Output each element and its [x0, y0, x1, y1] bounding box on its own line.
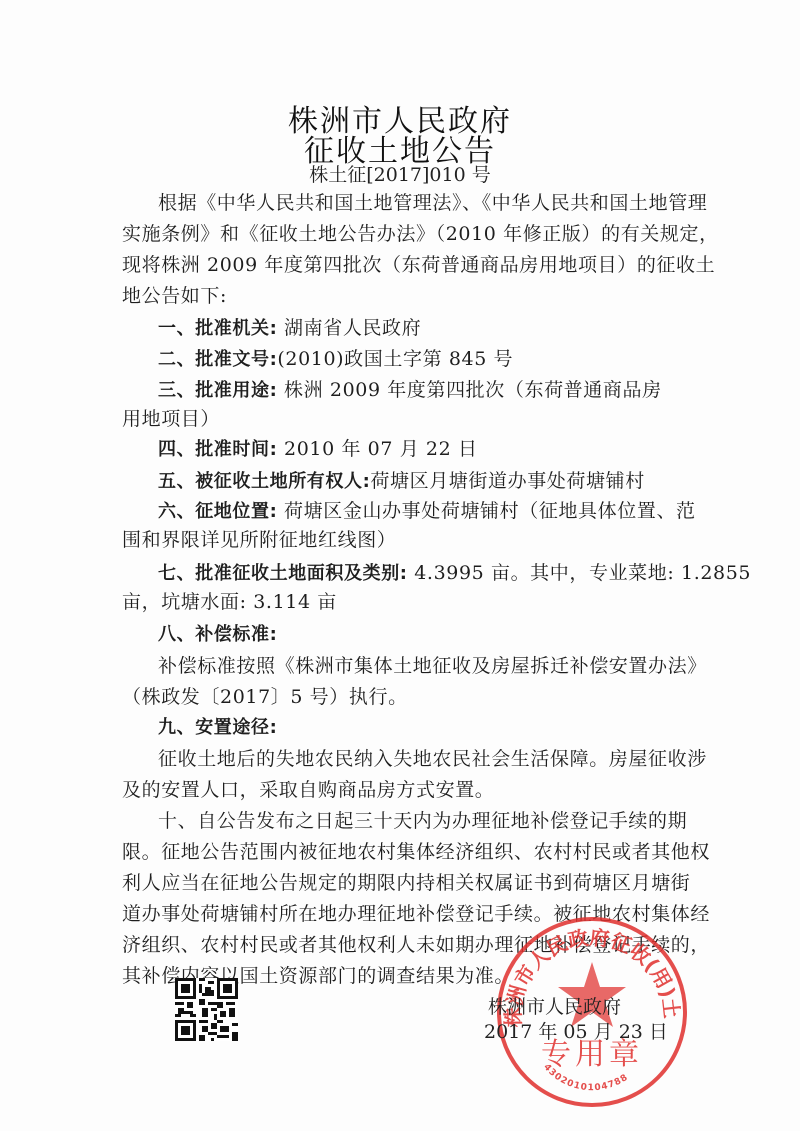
intro-line: 现将株洲 2009 年度第四批次（东荷普通商品房用地项目）的征收土 [122, 250, 715, 277]
item-compensation-body: （株政发〔2017〕5 号）执行。 [122, 682, 408, 709]
item-registration: 限。征地公告范围内被征地农村集体经济组织、农村村民或者其他权 [122, 837, 710, 864]
item-value: 株洲 2009 年度第四批次（东荷普通商品房 [277, 379, 661, 401]
signature-date: 2017 年 05 月 23 日 [484, 1017, 668, 1044]
item-resettlement-body: 征收土地后的失地农民纳入失地农民社会生活保障。房屋征收涉 [158, 744, 707, 771]
item-continuation: 用地项目） [122, 404, 220, 431]
signature-organization: 株洲市人民政府 [488, 992, 621, 1019]
item-land-owner: 五、被征收土地所有权人:荷塘区月塘街道办事处荷塘铺村 [158, 466, 645, 493]
item-label: 六、征地位置: [158, 501, 277, 522]
item-land-location: 六、征地位置: 荷塘区金山办事处荷塘铺村（征地具体位置、范 [158, 496, 696, 523]
item-value: 2010 年 07 月 22 日 [277, 438, 477, 460]
item-value: 荷塘区金山办事处荷塘铺村（征地具体位置、范 [277, 500, 695, 522]
item-compensation-body: 补偿标准按照《株洲市集体土地征收及房屋拆迁补偿安置办法》 [158, 651, 707, 678]
item-resettlement-body: 及的安置人口，采取自购商品房方式安置。 [122, 775, 494, 802]
item-value: (2010)政国土字第 845 号 [277, 348, 513, 370]
item-registration: 利人应当在征地公告规定的期限内持相关权属证书到荷塘区月塘街 [122, 868, 690, 895]
intro-line: 实施条例》和《征收土地公告办法》（2010 年修正版）的有关规定， [122, 219, 719, 246]
item-label: 九、安置途径: [158, 717, 277, 738]
item-registration: 十、自公告发布之日起三十天内为办理征地补偿登记手续的期 [158, 806, 687, 833]
item-resettlement-heading: 九、安置途径: [158, 713, 277, 739]
item-compensation-heading: 八、补偿标准: [158, 620, 277, 646]
item-approval-number: 二、批准文号:(2010)政国土字第 845 号 [158, 344, 513, 371]
item-label: 七、批准征收土地面积及类别: [158, 563, 408, 584]
document-number: 株土征[2017]010 号 [0, 160, 800, 187]
item-label: 四、批准时间: [158, 439, 277, 460]
item-label: 一、批准机关: [158, 318, 277, 339]
item-approval-date: 四、批准时间: 2010 年 07 月 22 日 [158, 434, 478, 461]
item-value: 荷塘区月塘街道办事处荷塘铺村 [370, 470, 644, 492]
item-land-area: 七、批准征收土地面积及类别: 4.3995 亩。其中，专业菜地: 1.2855 [158, 558, 751, 585]
qr-code-icon [175, 978, 238, 1041]
item-continuation: 围和界限详见所附征地红线图） [122, 525, 396, 552]
item-approval-purpose: 三、批准用途: 株洲 2009 年度第四批次（东荷普通商品房 [158, 375, 662, 402]
intro-line: 根据《中华人民共和国土地管理法》、《中华人民共和国土地管理 [158, 188, 707, 215]
item-label: 五、被征收土地所有权人: [158, 471, 370, 492]
item-label: 二、批准文号: [158, 349, 277, 370]
item-approval-authority: 一、批准机关: 湖南省人民政府 [158, 313, 421, 340]
item-label: 三、批准用途: [158, 380, 277, 401]
document-page: 株洲市人民政府 征收土地公告 株土征[2017]010 号 根据《中华人民共和国… [0, 0, 800, 1131]
item-value: 湖南省人民政府 [277, 317, 421, 339]
item-value: 4.3995 亩。其中，专业菜地: 1.2855 [408, 562, 751, 584]
intro-line: 地公告如下: [122, 281, 227, 308]
item-continuation: 亩，坑塘水面: 3.114 亩 [122, 587, 337, 614]
item-label: 八、补偿标准: [158, 624, 277, 645]
